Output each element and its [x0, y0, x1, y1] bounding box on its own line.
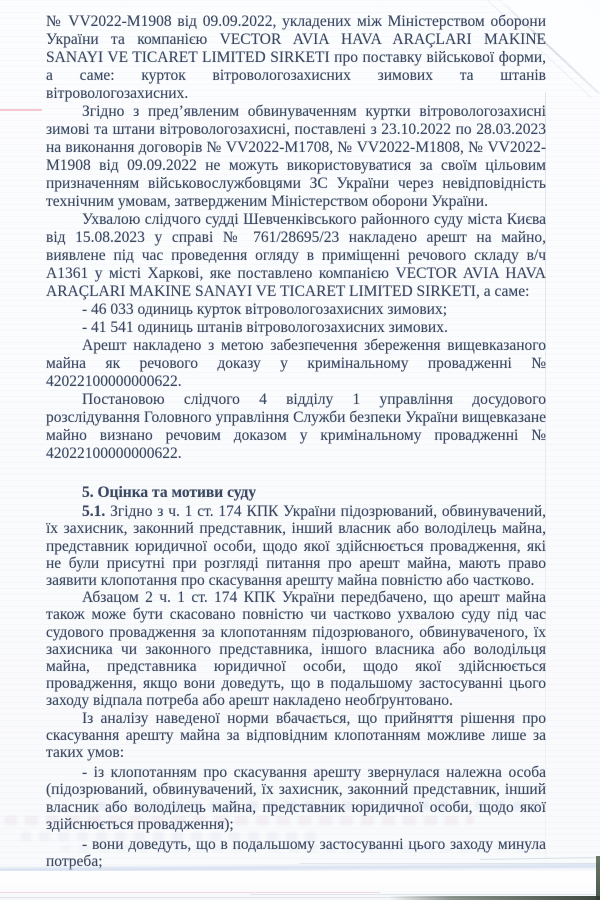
paragraph: Абзацом 2 ч. 1 ст. 174 КПК України перед…: [46, 589, 546, 709]
scanner-edge-shadow: [596, 856, 600, 900]
document-upper-section: № VV2022-М1908 від 09.09.2022, укладених…: [46, 13, 546, 463]
scan-artifact-pink-line: [0, 109, 42, 111]
paragraph: Постановою слідчого 4 відділу 1 управлін…: [46, 391, 546, 463]
paragraph: Ухвалою слідчого судді Шевченківського р…: [46, 211, 546, 301]
scan-artifact-pink-line: [0, 892, 380, 893]
list-item: - 46 033 одиниць курток вітровологозахис…: [46, 301, 546, 319]
clause-number: 5.1.: [82, 503, 105, 520]
document-lower-section: 5. Оцінка та мотиви суду 5.1. Згідно з ч…: [46, 484, 546, 891]
paragraph: 5.1. Згідно з ч. 1 ст. 174 КПК України п…: [46, 503, 546, 589]
scanner-edge-shadow: [388, 896, 600, 900]
scan-artifact-blue-line: [250, 894, 600, 895]
document-body: № VV2022-М1908 від 09.09.2022, укладених…: [46, 13, 546, 891]
list-item: - 41 541 одиниць штанів вітровологозахис…: [46, 319, 546, 337]
list-item: - із клопотанням про скасування арешту з…: [46, 764, 546, 833]
paragraph: № VV2022-М1908 від 09.09.2022, укладених…: [46, 13, 546, 103]
scanned-page: № VV2022-М1908 від 09.09.2022, укладених…: [0, 0, 600, 900]
paragraph-text: Згідно з ч. 1 ст. 174 КПК України підозр…: [46, 503, 546, 589]
section-heading: 5. Оцінка та мотиви суду: [46, 484, 546, 501]
paragraph: Із аналізу наведеної норми вбачається, щ…: [46, 710, 546, 762]
paragraph: Арешт накладено з метою забезпечення збе…: [46, 337, 546, 391]
paragraph: Згідно з пред’явленим обвинуваченням кур…: [46, 103, 546, 211]
